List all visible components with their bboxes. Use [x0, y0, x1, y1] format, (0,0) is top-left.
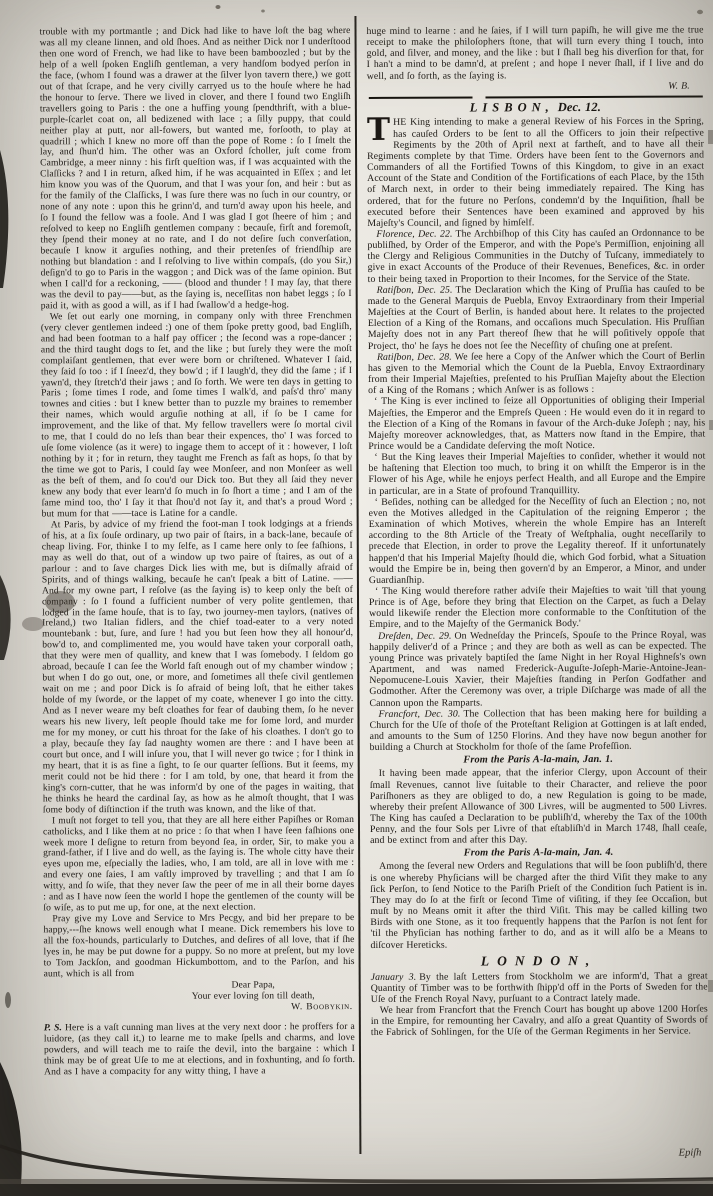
- section-heading-london: LONDON,: [371, 952, 708, 969]
- letter-continuation: huge mind to learne : and he ſaies, if I…: [367, 24, 704, 81]
- postscript-text: Here is a vaſt cunning man lives at the …: [44, 1021, 355, 1077]
- lisbon-city-label: LISBON,: [470, 101, 554, 115]
- dateline: January 3.: [371, 971, 417, 982]
- news-item-london-1: January 3.By the laſt Letters from Stock…: [371, 970, 708, 1005]
- letter-paragraph: Pray give my Love and Service to Mrs Pec…: [43, 913, 354, 980]
- postscript: P. S.Here is a vaſt cunning man lives at…: [44, 1022, 355, 1078]
- answer-quote: ‘ But the King leaves their Imperial Maj…: [368, 451, 705, 497]
- signature-boobykin: W. Boobykin.: [152, 1002, 355, 1014]
- answer-quote: ‘ Beſides, nothing can be alledged for t…: [369, 495, 706, 586]
- letter-paragraph: trouble with my portmantle ; and Dick ha…: [40, 26, 352, 312]
- letter-paragraph: I muſt not forget to tell you, that they…: [43, 815, 354, 915]
- news-item-ratisbon-28: Ratiſbon, Dec. 28.We ſee here a Copy of …: [368, 350, 705, 396]
- dateline: Florence, Dec. 22.: [376, 229, 452, 240]
- lisbon-date-label: Dec. 12.: [558, 100, 601, 114]
- catchword: Epiſh: [679, 1148, 702, 1159]
- news-text: On Wedneſday the Princeſs, Spouſe to the…: [369, 629, 706, 708]
- news-text: By the laſt Letters from Stockholm we ar…: [371, 970, 708, 1005]
- section-heading-paris-alamain-1: From the Paris A-la-main, Jan. 1.: [370, 753, 707, 767]
- section-heading-lisbon: LISBON,Dec. 12.: [367, 100, 704, 116]
- news-item-london-2: We hear from Francfort that the French C…: [371, 1004, 708, 1039]
- newspaper-page: trouble with my portmantle ; and Dick ha…: [0, 0, 713, 1196]
- letter-paragraph: We ſet out early one morning, in company…: [41, 311, 353, 520]
- section-heading-paris-alamain-2: From the Paris A-la-main, Jan. 4.: [370, 846, 707, 860]
- answer-quote: ‘ The King would therefore rather adviſe…: [369, 584, 706, 630]
- letter-signoff: Dear Papa, Your ever loving ſon till dea…: [44, 980, 355, 1014]
- news-item-ratisbon-25: Ratiſbon, Dec. 25.The Declaration which …: [368, 283, 705, 351]
- news-item-florence: Florence, Dec. 22.The Archbiſhop of this…: [367, 227, 704, 284]
- page-content: trouble with my portmantle ; and Dick ha…: [0, 0, 713, 1196]
- news-item-lisbon: THE King intending to make a general Rev…: [367, 116, 704, 229]
- signature-wb: W. B.: [367, 80, 704, 93]
- signoff-salutation: Dear Papa,: [231, 979, 275, 990]
- letter-paragraph: At Paris, by advice of my friend the foo…: [42, 519, 354, 816]
- dateline: Francfort, Dec. 30.: [378, 708, 460, 719]
- answer-quote: ‘ The King is ever inclined to ſeize all…: [368, 395, 705, 452]
- dateline: Dreſden, Dec. 29.: [378, 630, 451, 641]
- news-item-paris-1: It having been made appear, that the inf…: [370, 767, 707, 847]
- drop-cap: T: [367, 117, 393, 143]
- dateline: Ratiſbon, Dec. 25.: [377, 284, 453, 295]
- left-column: trouble with my portmantle ; and Dick ha…: [40, 26, 356, 1177]
- news-item-dresden: Dreſden, Dec. 29.On Wedneſday the Prince…: [369, 629, 706, 709]
- section-rule: [369, 95, 703, 99]
- signoff-line: Your ever loving ſon till death,: [192, 990, 315, 1002]
- column-divider-rule: [354, 16, 361, 1154]
- news-text: HE King intending to make a general Revi…: [367, 116, 704, 229]
- news-item-francfort: Francfort, Dec. 30.The Collection that h…: [369, 707, 706, 753]
- news-item-paris-2: Among the ſeveral new Orders and Regulat…: [370, 860, 707, 951]
- dateline: Ratiſbon, Dec. 28.: [377, 351, 452, 362]
- right-column: huge mind to learne : and he ſaies, if I…: [367, 24, 709, 1175]
- postscript-label: P. S.: [44, 1022, 62, 1033]
